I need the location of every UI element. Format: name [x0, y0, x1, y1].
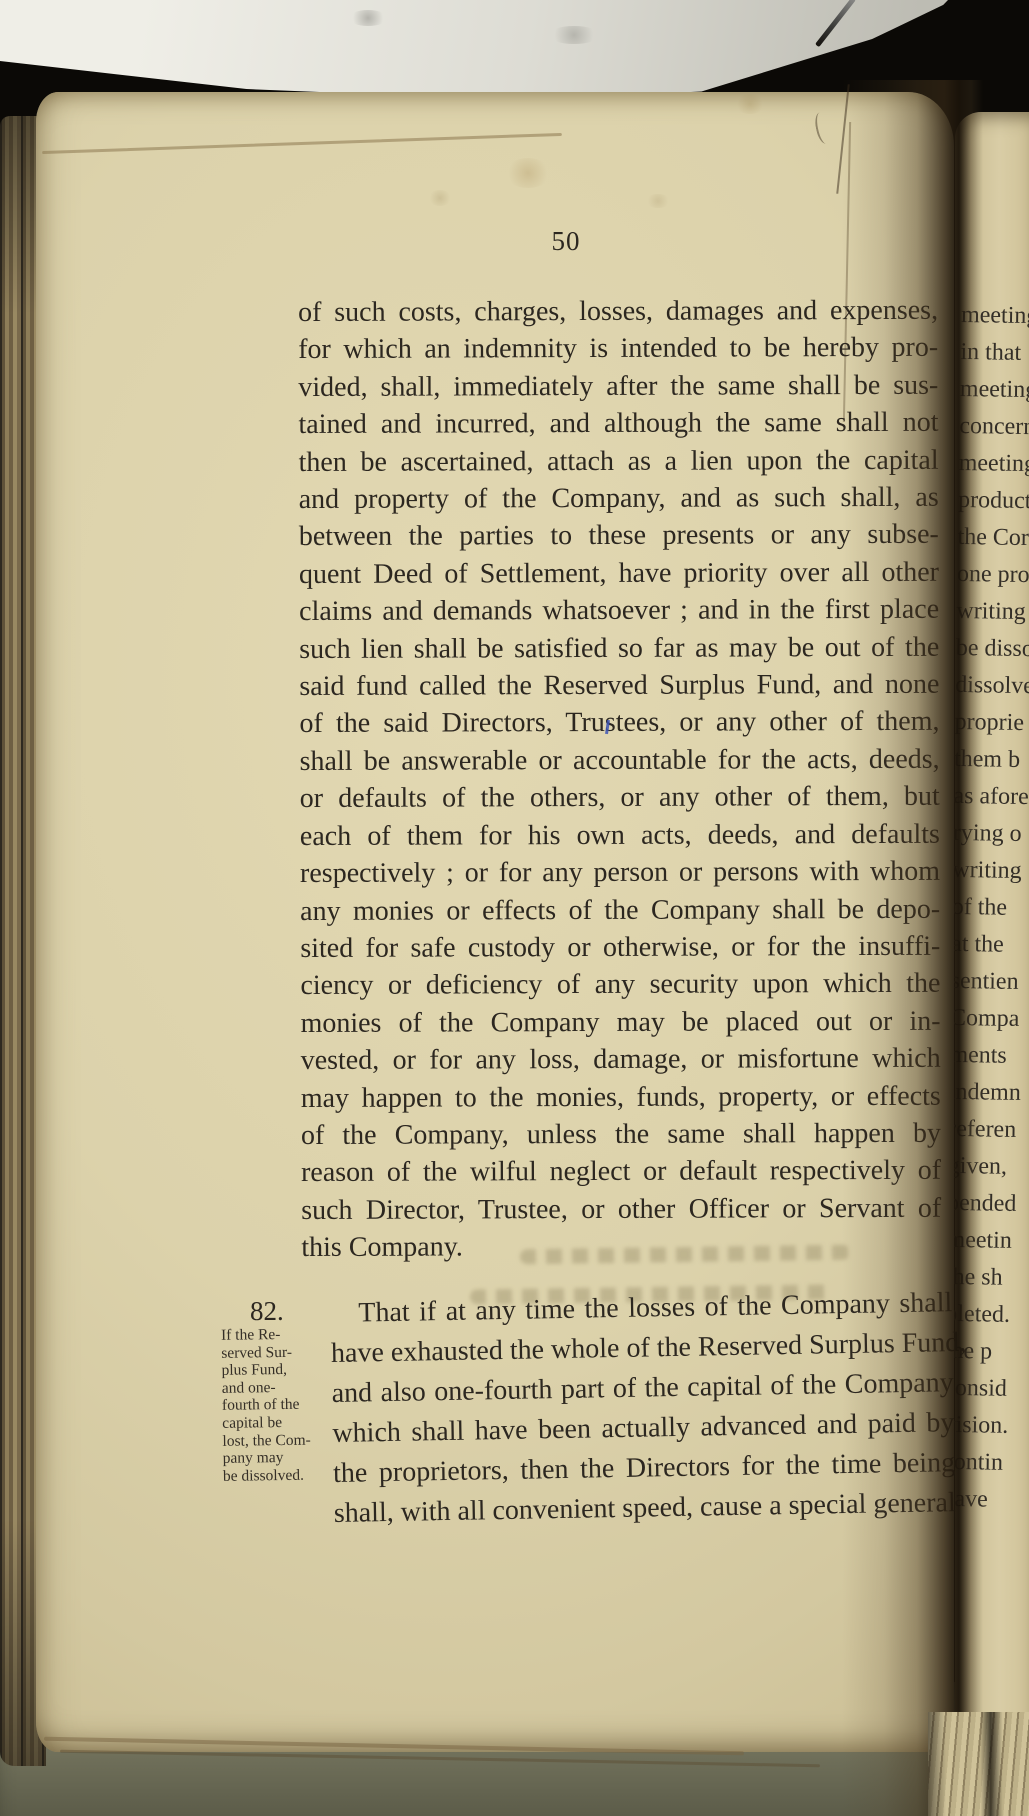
text-line: ciency or deficiency of any security upo…	[300, 965, 940, 1005]
text-line: each of them for his own acts, deeds, an…	[300, 815, 940, 855]
text-line: this Company.	[301, 1227, 941, 1267]
text-line: such Director, Trustee, or other Officer…	[301, 1190, 941, 1230]
adjacent-page-text-fragment: ments	[949, 1040, 1007, 1071]
adjacent-page-text-fragment: writing	[952, 855, 1022, 886]
adjacent-page-text-fragment: them b	[954, 744, 1020, 775]
adjacent-page-text-fragment: meeting	[958, 448, 1029, 479]
margin-note-line: served Sur-	[221, 1343, 343, 1362]
text-line: of the Company, unless the same shall ha…	[301, 1115, 941, 1155]
stain	[428, 190, 452, 206]
margin-note-line: and one-	[222, 1378, 344, 1397]
text-line: claims and demands whatsoever ; and in t…	[299, 591, 939, 631]
text-line: and property of the Company, and as such…	[299, 479, 939, 519]
text-line: or defaults of the others, or any other …	[300, 778, 940, 818]
text-line: sited for safe custody or otherwise, or …	[300, 928, 940, 968]
text-line: tained and incurred, and although the sa…	[298, 404, 938, 444]
adjacent-page-text-fragment: be disso	[956, 633, 1029, 664]
section-paragraph: That if at any time the losses of the Co…	[330, 1283, 956, 1534]
text-line: shall be answerable or accountable for t…	[300, 741, 940, 781]
text-line: respectively ; or for any person or pers…	[300, 853, 940, 893]
margin-note-line: plus Fund,	[221, 1360, 343, 1379]
adjacent-page-text-fragment: pended	[947, 1188, 1017, 1219]
text-line: of the said Directors, Trustees, or any …	[299, 703, 939, 743]
text-line: quent Deed of Settlement, have priority …	[299, 554, 939, 594]
margin-note-line: fourth of the	[222, 1396, 344, 1415]
adjacent-page-text-fragment: given,	[947, 1151, 1007, 1182]
adjacent-page-text-fragment: pleted.	[945, 1299, 1010, 1330]
text-line: for which an indemnity is intended to be…	[298, 329, 938, 369]
text-line: such lien shall be satisfied so far as m…	[299, 628, 939, 668]
adjacent-page-text-fragment: the sh	[946, 1262, 1003, 1293]
stain	[505, 158, 551, 188]
text-line: then be ascertained, attach as a lien up…	[299, 441, 939, 481]
stain	[548, 26, 600, 44]
adjacent-page-text-fragment: sentien	[950, 966, 1018, 997]
text-line: may happen to the monies, funds, propert…	[301, 1077, 941, 1117]
text-line: said fund called the Reserved Surplus Fu…	[299, 666, 939, 706]
adjacent-page-text-fragment: meeting	[961, 300, 1029, 331]
text-line: between the parties to these presents or…	[299, 516, 939, 556]
adjacent-page-text-fragment: the Cor	[957, 522, 1029, 553]
open-book-photo: 50 of such costs, charges, losses, damag…	[0, 0, 1029, 1816]
adjacent-page-text-fragment: proprie	[954, 707, 1024, 738]
adjacent-page-text-fragment: as afore	[953, 781, 1029, 812]
margin-note: If the Re- served Sur- plus Fund, and on…	[221, 1325, 345, 1485]
text-line: reason of the wilful neglect or default …	[301, 1152, 941, 1192]
fore-edge-stack	[928, 1712, 1029, 1816]
text-line: vided, shall, immediately after the same…	[298, 367, 938, 407]
paragraph: of such costs, charges, losses, damages …	[298, 292, 941, 1267]
adjacent-page-text-fragment: of the	[952, 892, 1008, 923]
stain	[348, 10, 388, 26]
text-line: vested, or for any loss, damage, or misf…	[301, 1040, 941, 1080]
margin-note-line: If the Re-	[221, 1325, 343, 1344]
adjacent-page-text-fragment: rying o	[953, 818, 1022, 849]
adjacent-page-text-fragment: one pro	[957, 559, 1029, 590]
adjacent-page-text-fragment: at the	[951, 929, 1004, 960]
adjacent-page-text-fragment: dissolve	[955, 670, 1029, 701]
text-line: monies of the Company may be placed out …	[300, 1002, 940, 1042]
text-line: of such costs, charges, losses, damages …	[298, 292, 938, 332]
margin-note-line: capital be	[222, 1413, 344, 1432]
section-number: 82.	[250, 1296, 284, 1327]
adjacent-page-text-fragment: product	[958, 485, 1029, 516]
margin-note-line: lost, the Com-	[222, 1431, 344, 1450]
adjacent-page-text-fragment: referen	[948, 1114, 1016, 1145]
adjacent-page-text-fragment: indemn	[949, 1077, 1021, 1108]
margin-note-line: be dissolved.	[223, 1466, 345, 1485]
stain	[645, 194, 671, 208]
adjacent-page-text-fragment: writing	[956, 596, 1026, 627]
adjacent-page-text-fragment: concern	[959, 411, 1029, 442]
margin-note-line: pany may	[223, 1448, 345, 1467]
adjacent-page-text-fragment: in that	[960, 337, 1021, 368]
stain	[735, 94, 765, 114]
page-number: 50	[534, 226, 598, 257]
adjacent-page-text-fragment: meetin	[946, 1225, 1012, 1256]
text-line: any monies or effects of the Company sha…	[300, 890, 940, 930]
adjacent-page-text-fragment: Compa	[950, 1003, 1020, 1034]
adjacent-page-text-fragment: meeting	[960, 374, 1029, 405]
